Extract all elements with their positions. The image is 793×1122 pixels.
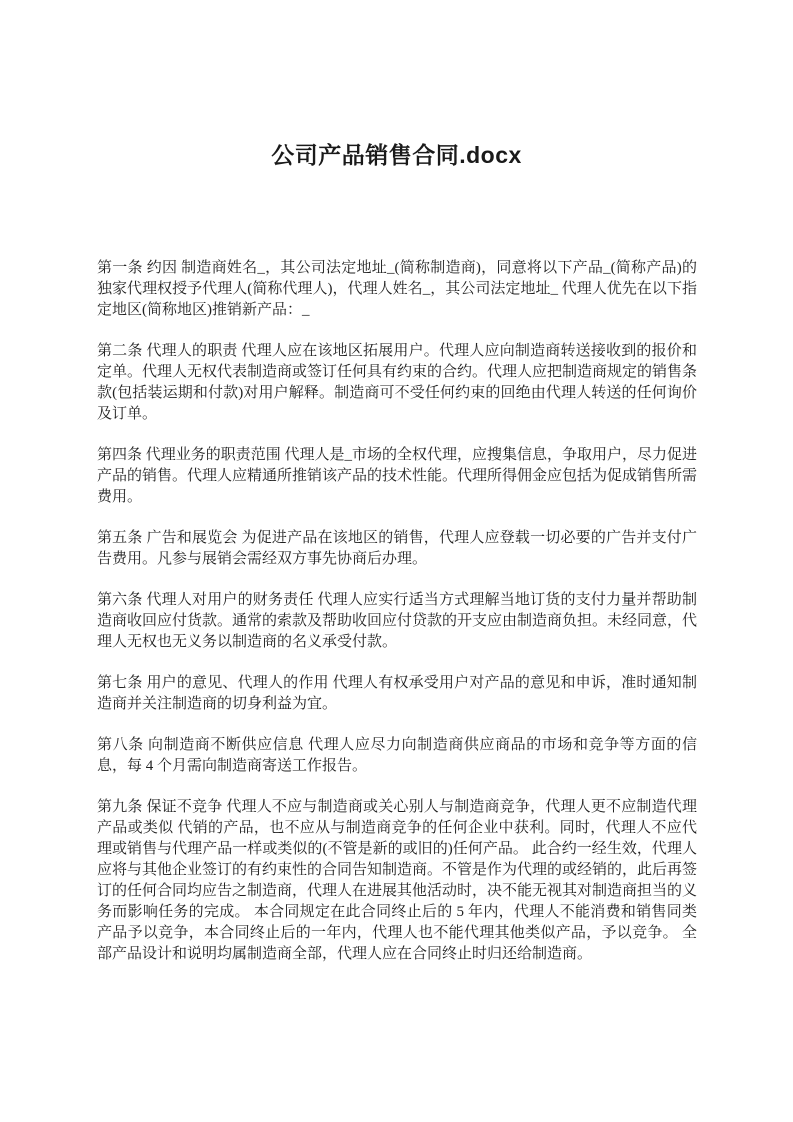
paragraph-article-8: 第八条 向制造商不断供应信息 代理人应尽力向制造商供应商品的市场和竞争等方面的信… <box>97 735 697 777</box>
paragraph-article-1: 第一条 约因 制造商姓名_，其公司法定地址_(简称制造商)，同意将以下产品_(简… <box>97 258 697 321</box>
paragraph-article-5: 第五条 广告和展览会 为促进产品在该地区的销售，代理人应登载一切必要的广告并支付… <box>97 528 697 570</box>
paragraph-article-7: 第七条 用户的意见、代理人的作用 代理人有权承受用户对产品的意见和申诉，准时通知… <box>97 673 697 715</box>
paragraph-article-4: 第四条 代理业务的职责范围 代理人是_市场的全权代理，应搜集信息，争取用户，尽力… <box>97 445 697 508</box>
document-page: 公司产品销售合同.docx 第一条 约因 制造商姓名_，其公司法定地址_(简称制… <box>0 0 793 1122</box>
document-title: 公司产品销售合同.docx <box>0 137 793 170</box>
paragraph-article-2: 第二条 代理人的职责 代理人应在该地区拓展用户。代理人应向制造商转送接收到的报价… <box>97 341 697 425</box>
paragraph-article-9: 第九条 保证不竞争 代理人不应与制造商或关心别人与制造商竞争，代理人更不应制造代… <box>97 797 697 965</box>
document-body: 第一条 约因 制造商姓名_，其公司法定地址_(简称制造商)，同意将以下产品_(简… <box>97 258 697 985</box>
paragraph-article-6: 第六条 代理人对用户的财务责任 代理人应实行适当方式理解当地订货的支付力量并帮助… <box>97 590 697 653</box>
